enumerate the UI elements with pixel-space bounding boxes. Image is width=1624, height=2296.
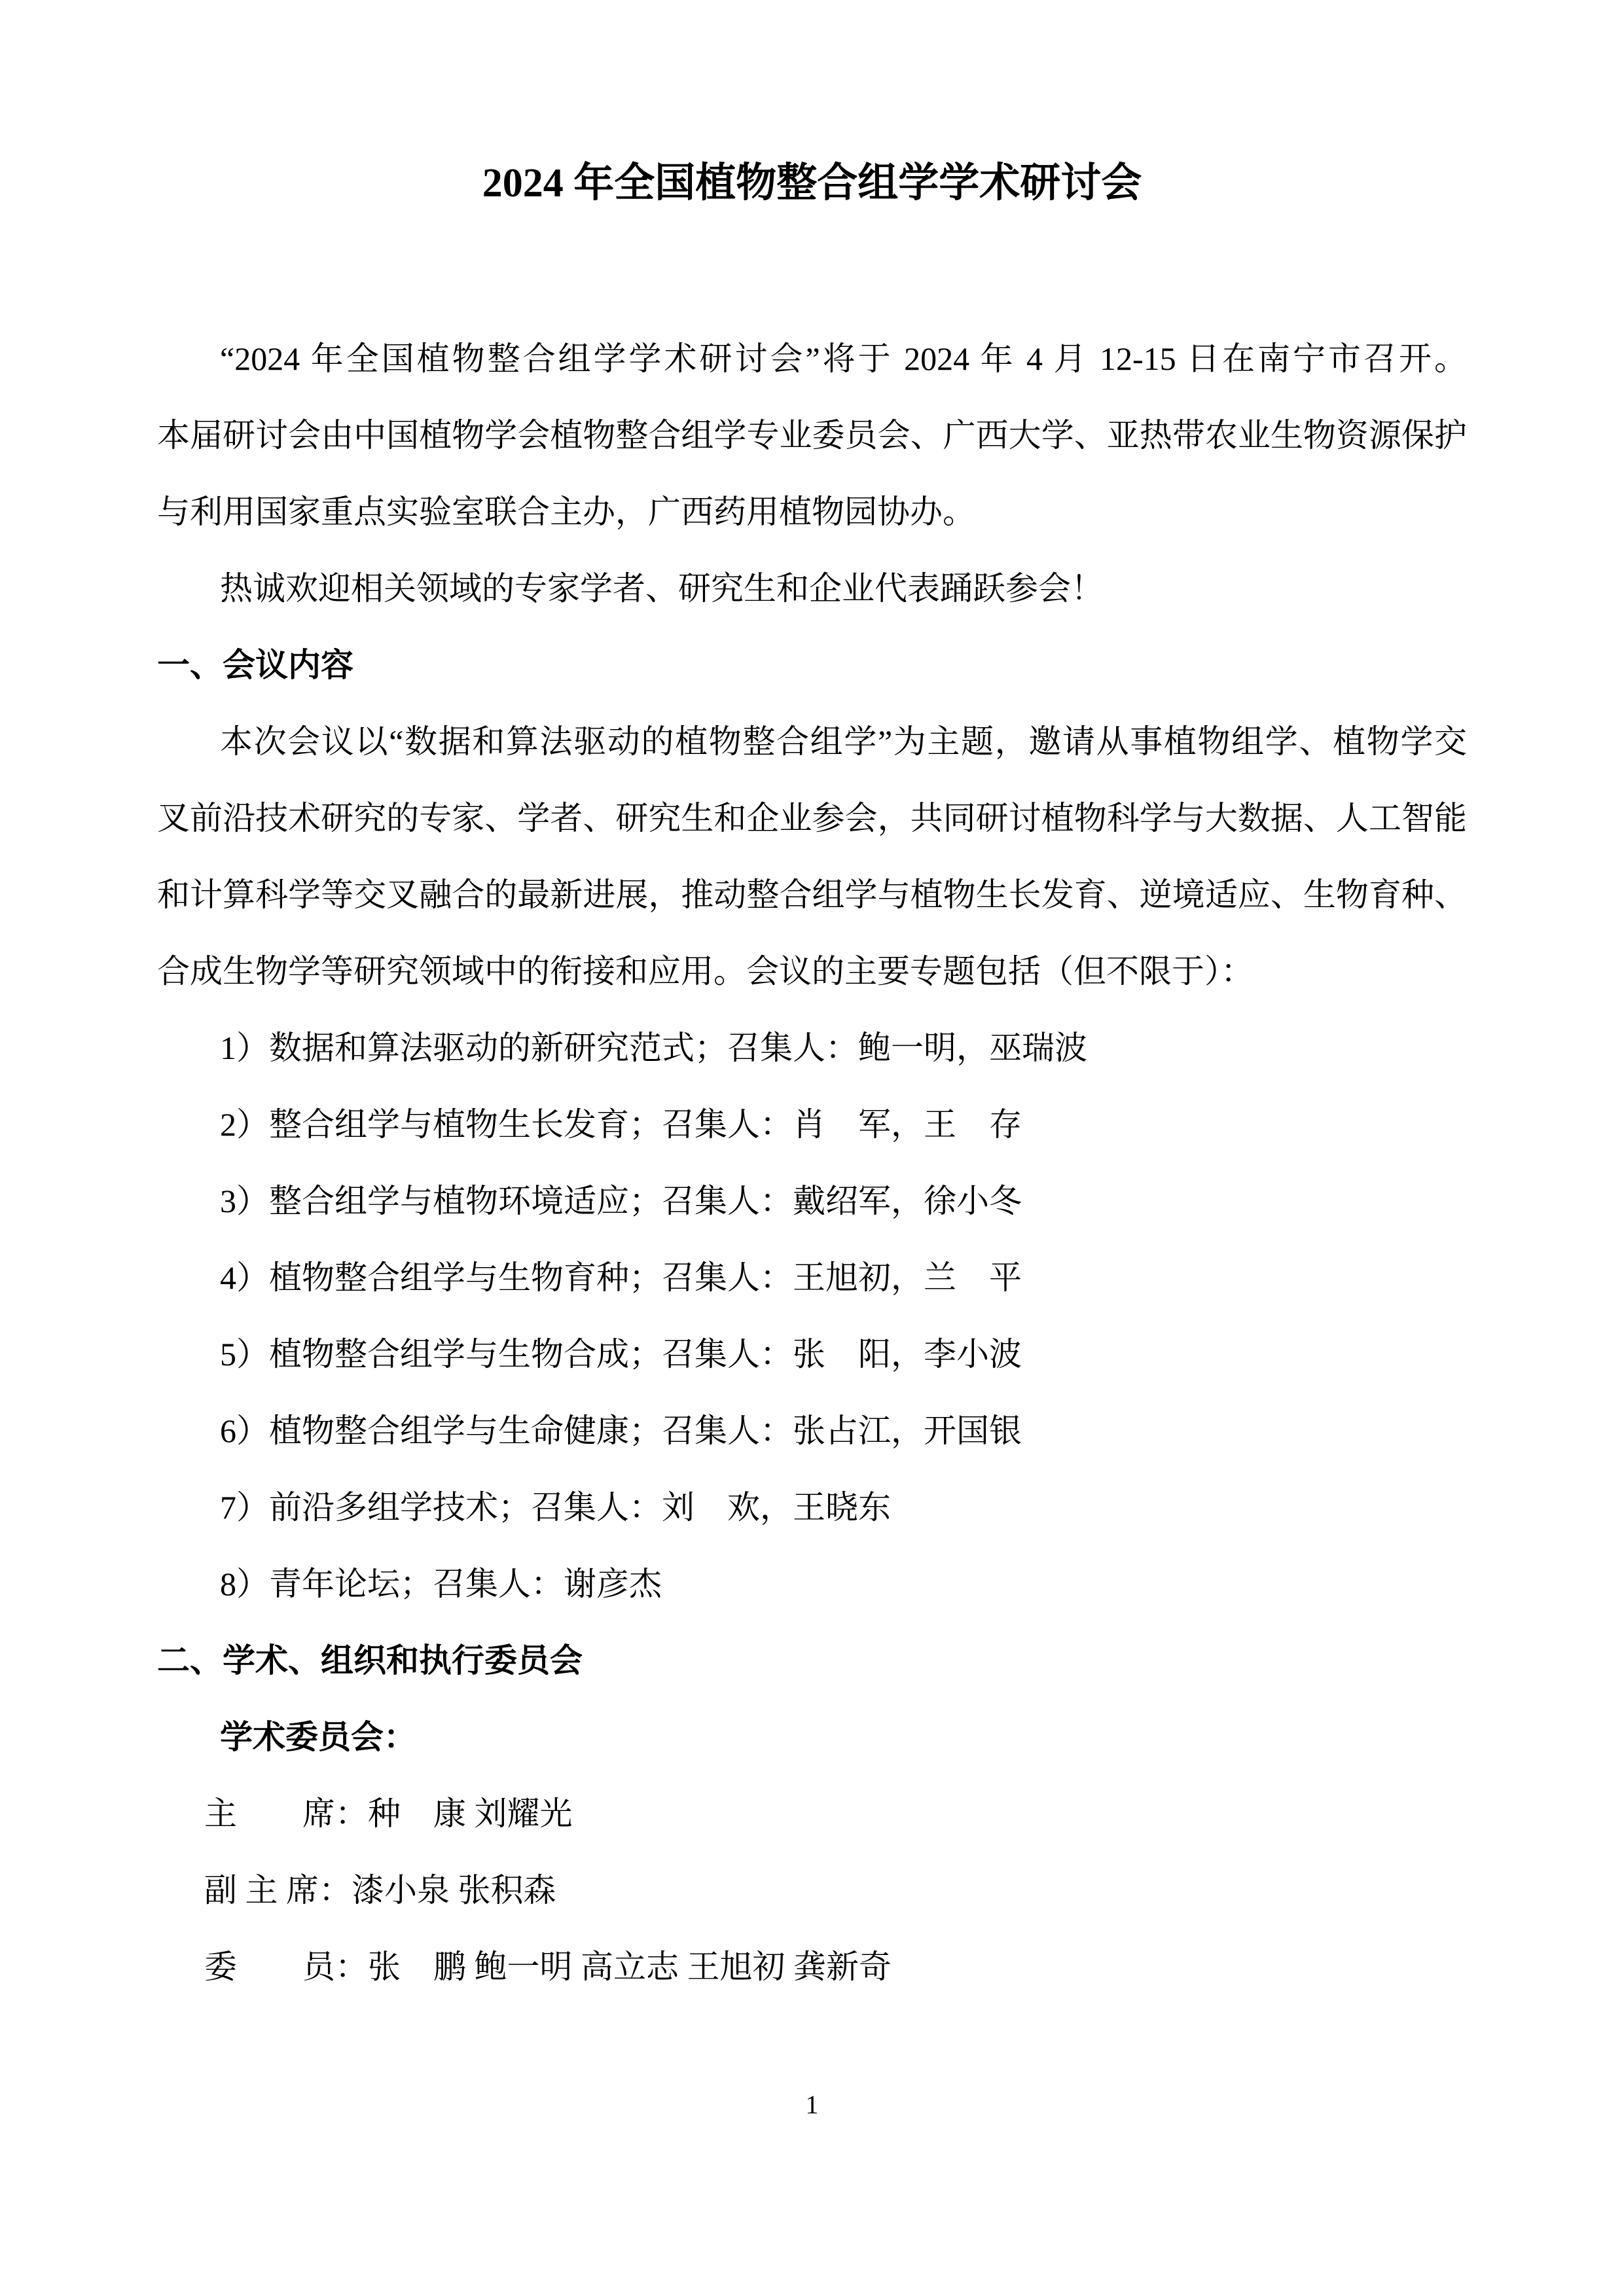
committee-row-members: 委 员：张 鹏 鲍一明 高立志 王旭初 龚新奇 <box>157 1929 1467 2005</box>
section1-intro-line-3: 和计算科学等交叉融合的最新进展，推动整合组学与植物生长发育、逆境适应、生物育种、 <box>157 857 1467 933</box>
topic-item-8: 8）青年论坛；召集人：谢彦杰 <box>157 1546 1467 1623</box>
section1-intro-line-1: 本次会议以“数据和算法驱动的植物整合组学”为主题，邀请从事植物组学、植物学交 <box>157 704 1467 780</box>
topic-item-4: 4）植物整合组学与生物育种；召集人：王旭初，兰 平 <box>157 1240 1467 1316</box>
title-spacer <box>157 226 1467 321</box>
section1-intro-line-2: 叉前沿技术研究的专家、学者、研究生和企业参会，共同研讨植物科学与大数据、人工智能 <box>157 780 1467 857</box>
section2-heading: 二、学术、组织和执行委员会 <box>157 1623 1467 1699</box>
document-page: 2024 年全国植物整合组学学术研讨会 “2024 年全国植物整合组学学术研讨会… <box>0 0 1624 2296</box>
topic-item-5: 5）植物整合组学与生物合成；召集人：张 阳，李小波 <box>157 1316 1467 1393</box>
committee-row-vice-chair: 副 主 席：漆小泉 张积森 <box>157 1852 1467 1929</box>
document-content: 2024 年全国植物整合组学学术研讨会 “2024 年全国植物整合组学学术研讨会… <box>157 141 1467 2005</box>
paragraph1-line-1: “2024 年全国植物整合组学学术研讨会”将于 2024 年 4 月 12-15… <box>157 321 1467 397</box>
page-number: 1 <box>0 2089 1624 2121</box>
topic-item-2: 2）整合组学与植物生长发育；召集人：肖 军，王 存 <box>157 1086 1467 1163</box>
topic-item-3: 3）整合组学与植物环境适应；召集人：戴绍军，徐小冬 <box>157 1163 1467 1240</box>
topic-item-7: 7）前沿多组学技术；召集人：刘 欢，王晓东 <box>157 1469 1467 1546</box>
paragraph2-line: 热诚欢迎相关领域的专家学者、研究生和企业代表踊跃参会！ <box>157 550 1467 627</box>
section1-intro-line-4: 合成生物学等研究领域中的衔接和应用。会议的主要专题包括（但不限于）： <box>157 933 1467 1010</box>
paragraph1-line-3: 与利用国家重点实验室联合主办，广西药用植物园协办。 <box>157 474 1467 550</box>
paragraph1-line-2: 本届研讨会由中国植物学会植物整合组学专业委员会、广西大学、亚热带农业生物资源保护 <box>157 397 1467 474</box>
document-title: 2024 年全国植物整合组学学术研讨会 <box>157 141 1467 226</box>
section1-heading: 一、会议内容 <box>157 627 1467 704</box>
topic-item-6: 6）植物整合组学与生命健康；召集人：张占江，开国银 <box>157 1393 1467 1469</box>
committee-row-chair: 主 席：种 康 刘耀光 <box>157 1776 1467 1852</box>
topic-item-1: 1）数据和算法驱动的新研究范式；召集人：鲍一明，巫瑞波 <box>157 1010 1467 1086</box>
academic-committee-heading: 学术委员会： <box>157 1699 1467 1776</box>
